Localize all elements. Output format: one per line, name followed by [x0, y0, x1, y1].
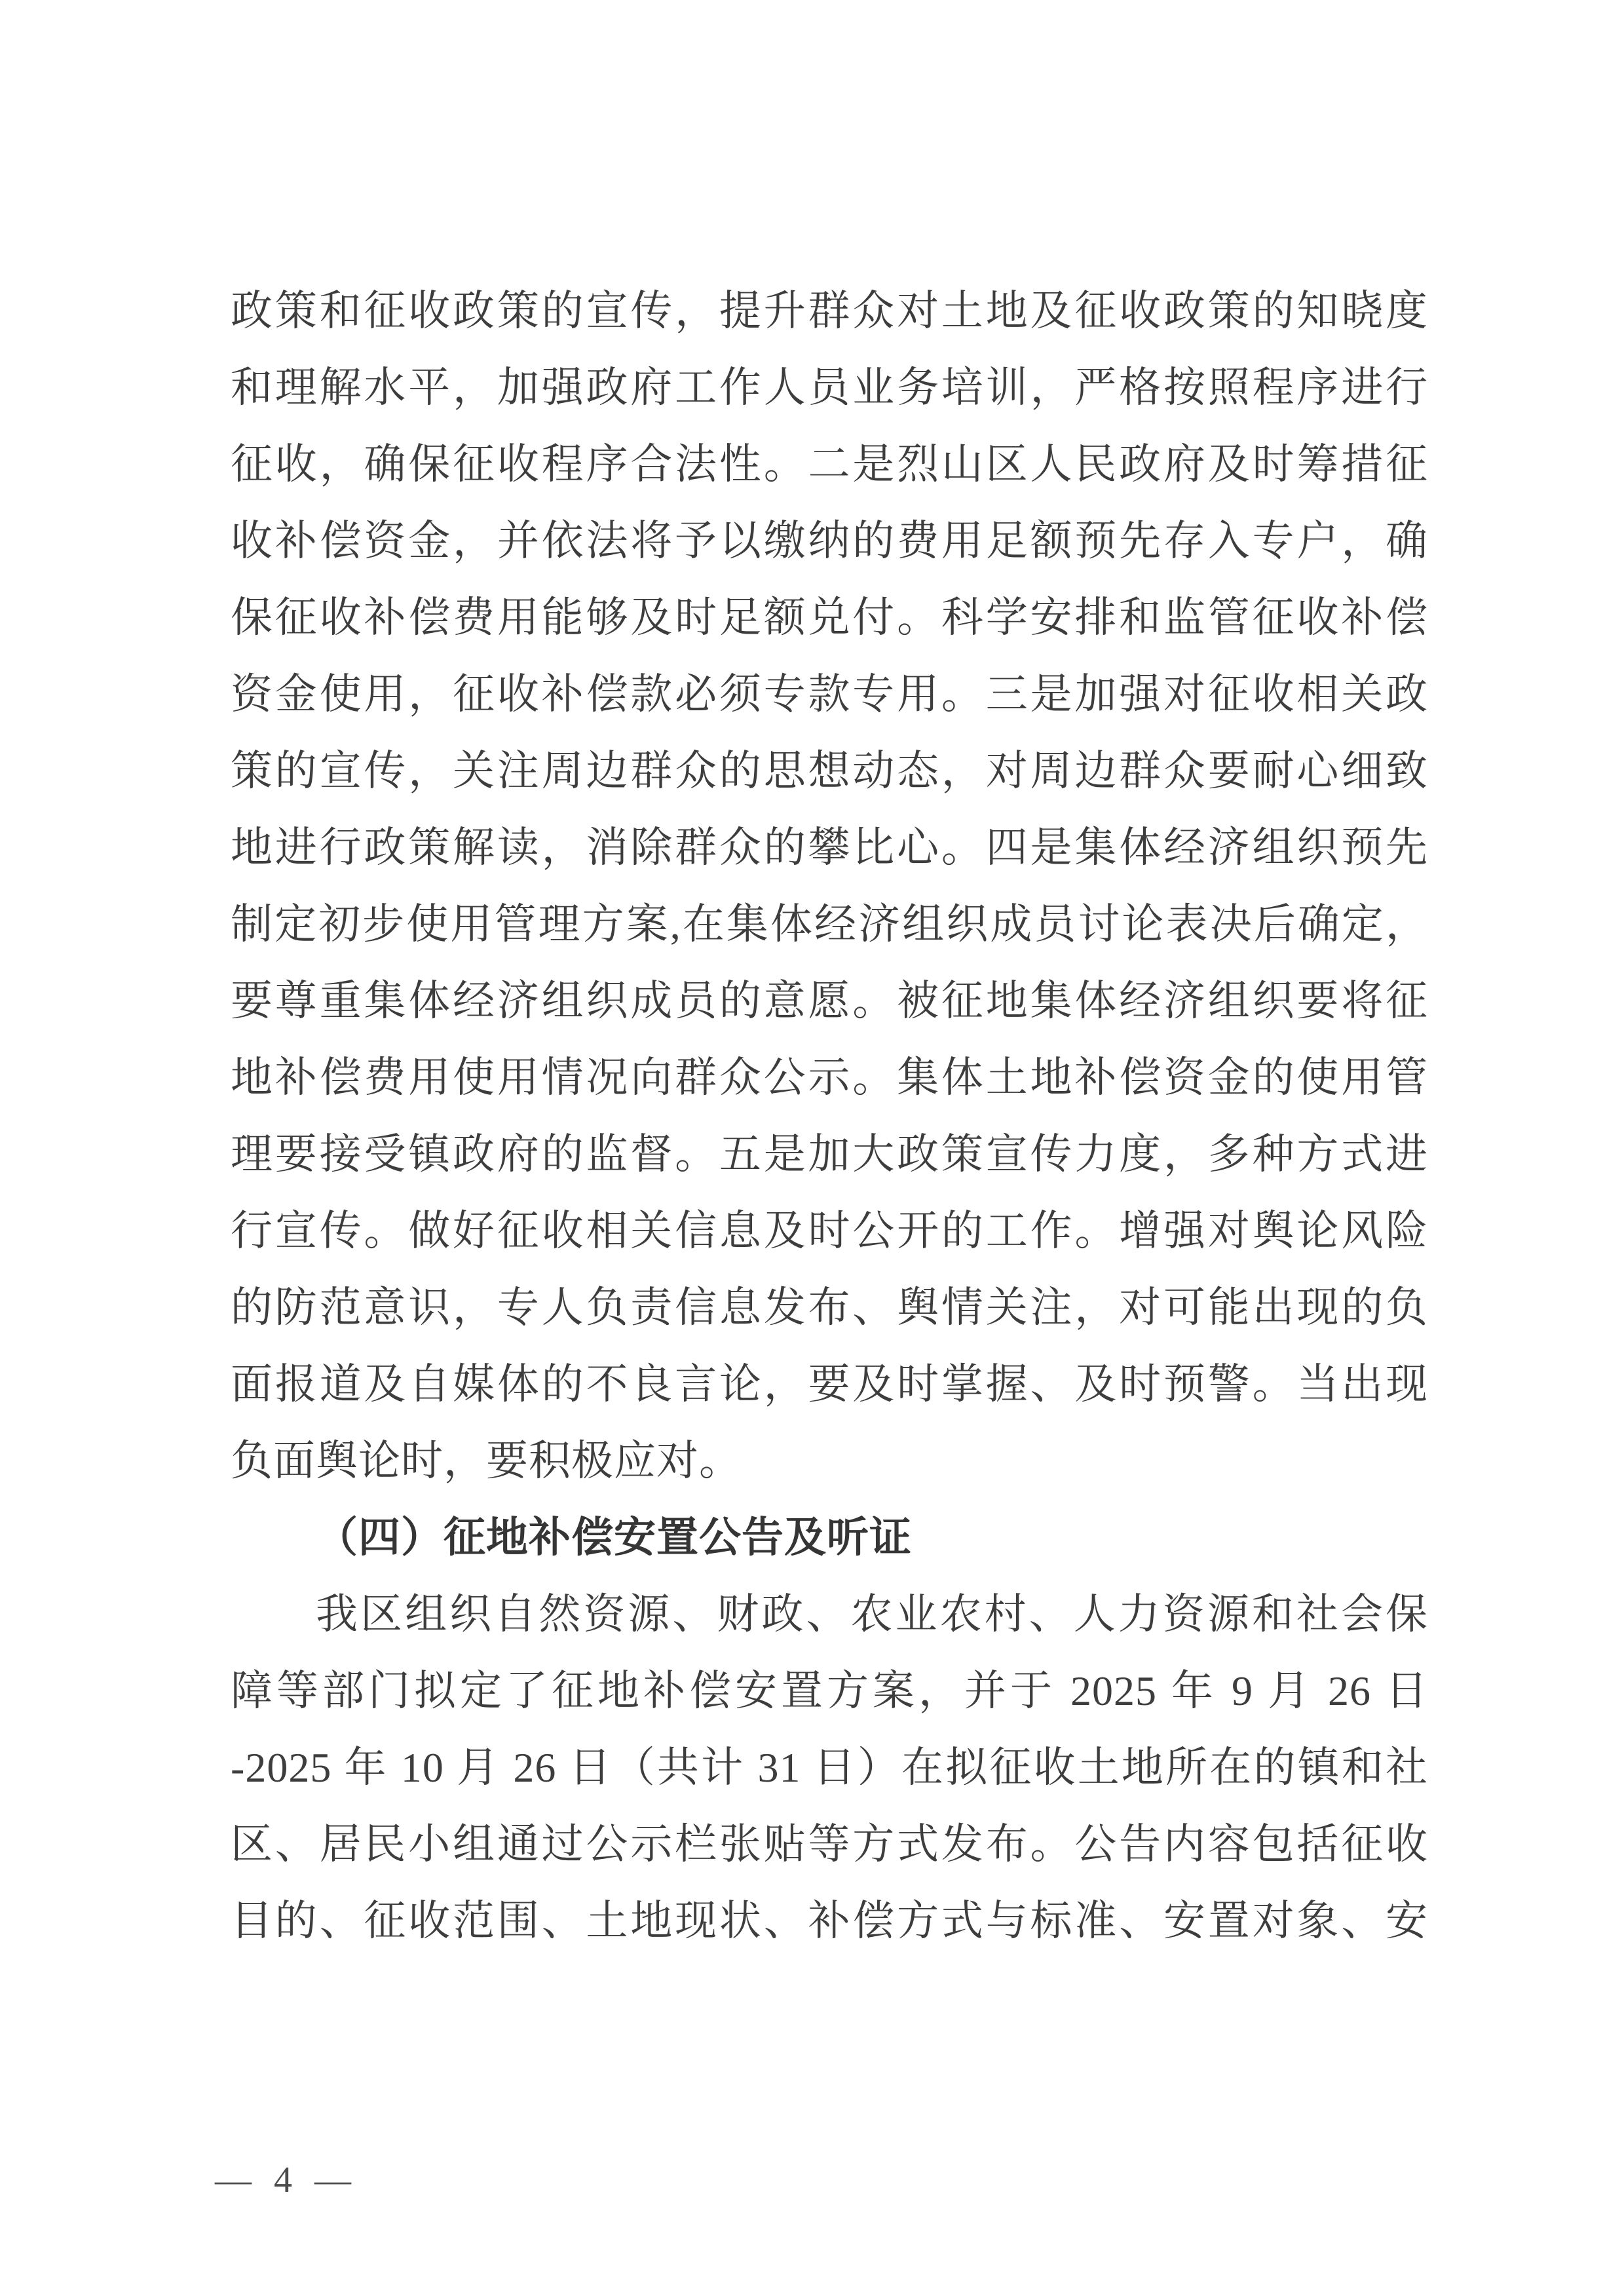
- body-line: 面报道及自媒体的不良言论，要及时掌握、及时预警。当出现: [231, 1346, 1428, 1423]
- body-line: 负面舆论时，要积极应对。: [231, 1423, 1428, 1499]
- document-page: 政策和征收政策的宣传，提升群众对土地及征收政策的知晓度 和理解水平，加强政府工作…: [0, 0, 1624, 2296]
- body-line: 障等部门拟定了征地补偿安置方案，并于 2025 年 9 月 26 日: [231, 1653, 1428, 1729]
- body-line: 地补偿费用使用情况向群众公示。集体土地补偿资金的使用管: [231, 1039, 1428, 1116]
- body-line: 理要接受镇政府的监督。五是加大政策宣传力度，多种方式进: [231, 1116, 1428, 1193]
- body-line: 的防范意识，专人负责信息发布、舆情关注，对可能出现的负: [231, 1269, 1428, 1346]
- page-number: — 4 —: [215, 2154, 358, 2206]
- body-line: 要尊重集体经济组织成员的意愿。被征地集体经济组织要将征: [231, 963, 1428, 1039]
- body-line: -2025 年 10 月 26 日（共计 31 日）在拟征收土地所在的镇和社: [231, 1729, 1428, 1806]
- body-line: 征收，确保征收程序合法性。二是烈山区人民政府及时筹措征: [231, 426, 1428, 503]
- body-line: 我区组织自然资源、财政、农业农村、人力资源和社会保: [231, 1576, 1428, 1653]
- body-line: 地进行政策解读，消除群众的攀比心。四是集体经济组织预先: [231, 809, 1428, 886]
- body-line: 政策和征收政策的宣传，提升群众对土地及征收政策的知晓度: [231, 273, 1428, 349]
- body-line: 收补偿资金，并依法将予以缴纳的费用足额预先存入专户，确: [231, 503, 1428, 579]
- section-heading: （四）征地补偿安置公告及听证: [231, 1499, 1428, 1576]
- body-line: 策的宣传，关注周边群众的思想动态，对周边群众要耐心细致: [231, 733, 1428, 809]
- body-line: 目的、征收范围、土地现状、补偿方式与标准、安置对象、安: [231, 1883, 1428, 1959]
- body-line: 保征收补偿费用能够及时足额兑付。科学安排和监管征收补偿: [231, 579, 1428, 656]
- body-line: 制定初步使用管理方案,在集体经济组织成员讨论表决后确定，: [231, 886, 1428, 963]
- body-line: 资金使用，征收补偿款必须专款专用。三是加强对征收相关政: [231, 656, 1428, 733]
- body-line: 和理解水平，加强政府工作人员业务培训，严格按照程序进行: [231, 349, 1428, 426]
- body-line: 行宣传。做好征收相关信息及时公开的工作。增强对舆论风险: [231, 1193, 1428, 1269]
- document-body: 政策和征收政策的宣传，提升群众对土地及征收政策的知晓度 和理解水平，加强政府工作…: [231, 273, 1428, 1959]
- body-line: 区、居民小组通过公示栏张贴等方式发布。公告内容包括征收: [231, 1806, 1428, 1883]
